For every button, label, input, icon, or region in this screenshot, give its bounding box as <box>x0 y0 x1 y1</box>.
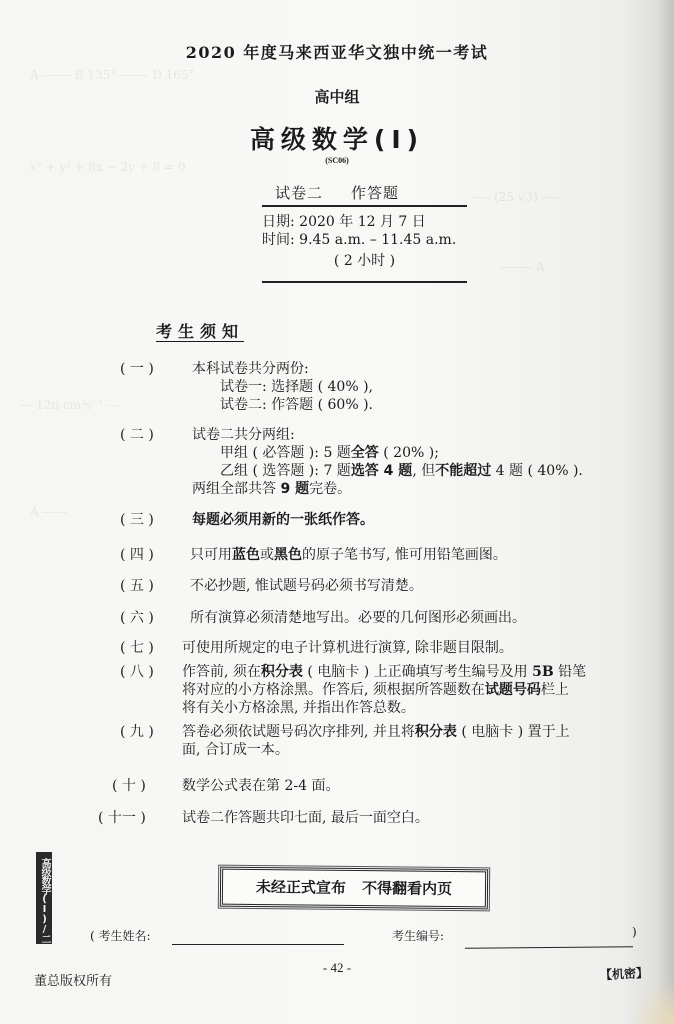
text: 乙组 ( 选答题 ): 7 题 <box>220 463 351 479</box>
text: 只可用 <box>190 547 232 563</box>
warning-part-1: 未经正式宣布 <box>256 878 346 897</box>
show-through-text: A ------ <box>30 505 67 519</box>
subject-title: 高级数学(I) <box>0 120 674 156</box>
paper-type: 作答题 <box>351 184 399 202</box>
exam-time: 时间: 9.45 a.m. – 11.45 a.m. <box>262 231 456 249</box>
text: 4 题 ( 40% ). <box>491 463 583 479</box>
item-text: 所有演算必须清楚地写出。必要的几何图形必须画出。 <box>190 609 526 627</box>
text: 作答前, 须在 <box>182 664 261 680</box>
text: 两组全部共答 <box>192 481 280 497</box>
text: 铅笔 <box>554 664 586 680</box>
text: 答卷必须依试题号码次序排列, 并且将 <box>182 724 415 740</box>
line-3: 将有关小方格涂黑, 并指出作答总数。 <box>182 699 586 717</box>
emphasis: 全答 <box>351 445 379 461</box>
text: 将对应的小方格涂黑。作答后, 须根据所答题数在 <box>182 682 485 698</box>
text: 栏上 <box>541 682 569 698</box>
item-number: ( 十一 ) <box>98 809 146 827</box>
side-tab-label: 高级数学(I)/二 <box>36 852 52 944</box>
emphasis: 积分表 <box>415 724 457 740</box>
item-text: 作答前, 须在积分表 ( 电脑卡 ) 上正确填写考生编号及用 5B 铅笔 将对应… <box>182 663 586 717</box>
divider-top <box>262 205 467 207</box>
warning-box: 未经正式宣布不得翻看内页 <box>220 867 488 910</box>
show-through-text: A ------- B 135° ------- D 165° <box>30 68 195 82</box>
line-2: 面, 合订成一本。 <box>182 741 570 759</box>
exam-title: 2020 年度马来西亚华文独中统一考试 <box>0 40 674 63</box>
emphasis: 试题号码 <box>485 682 541 698</box>
item-text: 可使用所规定的电子计算机进行演算, 除非题目限制。 <box>182 639 513 657</box>
emphasis: 不能超过 <box>435 463 491 479</box>
item-number: ( 二 ) <box>120 426 154 444</box>
total-line: 两组全部共答 9 题完卷。 <box>192 480 583 498</box>
page-corner-tint <box>634 974 674 1024</box>
item-number: ( 三 ) <box>120 511 154 529</box>
section-a-line: 甲组 ( 必答题 ): 5 题全答 ( 20% ); <box>192 444 583 462</box>
show-through-text: --- 12π cm³s⁻¹ --- <box>20 398 119 412</box>
exam-duration: ( 2 小时 ) <box>262 250 467 270</box>
text: , 但 <box>412 463 435 479</box>
item-text: 数学公式表在第 2-4 面。 <box>182 777 339 795</box>
line-2: 将对应的小方格涂黑。作答后, 须根据所答题数在试题号码栏上 <box>182 681 586 699</box>
classification-label: 【机密】 <box>600 964 649 983</box>
item-number: ( 六 ) <box>120 609 154 627</box>
item-text: 每题必须用新的一张纸作答。 <box>192 511 374 529</box>
item-text: 试卷二作答题共印七面, 最后一面空白。 <box>182 809 429 827</box>
emphasis: 选答 4 题 <box>351 463 413 479</box>
text: 甲组 ( 必答题 ): 5 题 <box>220 445 351 461</box>
section-b-line: 乙组 ( 选答题 ): 7 题选答 4 题, 但不能超过 4 题 ( 40% )… <box>192 462 583 480</box>
text: 或 <box>260 547 274 563</box>
item-text: 答卷必须依试题号码次序排列, 并且将积分表 ( 电脑卡 ) 置于上 面, 合订成… <box>182 723 570 759</box>
item-number: ( 十 ) <box>112 777 146 795</box>
item-number: ( 四 ) <box>120 546 154 564</box>
close-paren: ) <box>632 925 637 939</box>
notice-heading: 考生须知 <box>156 319 244 342</box>
item-text: 不必抄题, 惟试题号码必须书写清楚。 <box>190 577 423 595</box>
line-1: 答卷必须依试题号码次序排列, 并且将积分表 ( 电脑卡 ) 置于上 <box>182 723 570 741</box>
text: 完卷。 <box>309 481 351 497</box>
item-text: 只可用蓝色或黑色的原子笔书写, 惟可用铅笔画图。 <box>190 546 507 564</box>
paper-two-line: 试卷二: 作答题 ( 60% ). <box>192 396 373 414</box>
paper-heading: 试卷二作答题 <box>0 182 674 203</box>
time-value: 9.45 a.m. – 11.45 a.m. <box>299 232 456 248</box>
time-label: 时间: <box>262 232 295 248</box>
emphasis: 9 题 <box>280 481 309 497</box>
item-number: ( 五 ) <box>120 577 154 595</box>
item-number: ( 一 ) <box>120 360 154 378</box>
warning-part-2: 不得翻看内页 <box>362 879 452 898</box>
date-label: 日期: <box>262 214 295 230</box>
divider-bottom <box>262 281 467 283</box>
emphasis: 蓝色 <box>232 547 260 563</box>
text: ( 20% ); <box>379 445 439 461</box>
emphasis: 积分表 <box>261 664 303 680</box>
text: ( 电脑卡 ) 上正确填写考生编号及用 <box>303 664 532 680</box>
item-text: 本科试卷共分两份: <box>192 361 309 377</box>
paper-label: 试卷二 <box>275 184 323 202</box>
emphasis: 黑色 <box>274 547 302 563</box>
subject-code: (SC06) <box>0 156 674 165</box>
candidate-name-label: ( 考生姓名: <box>90 927 151 944</box>
candidate-name-field[interactable] <box>172 944 344 945</box>
item-number: ( 九 ) <box>120 723 154 741</box>
candidate-number-field[interactable] <box>465 946 633 948</box>
candidate-number-label: 考生编号: <box>392 927 444 944</box>
date-value: 2020 年 12 月 7 日 <box>299 214 426 230</box>
text: ( 电脑卡 ) 置于上 <box>457 724 570 740</box>
exam-group: 高中组 <box>0 86 674 107</box>
item-number: ( 七 ) <box>120 639 154 657</box>
text: 的原子笔书写, 惟可用铅笔画图。 <box>302 547 507 563</box>
exam-page: A ------- B 135° ------- D 165° x² + y² … <box>0 0 674 1024</box>
paper-one-line: 试卷一: 选择题 ( 40% ), <box>192 378 373 396</box>
show-through-text: -------- A <box>500 260 545 274</box>
emphasis: 5B <box>532 664 554 680</box>
exam-date: 日期: 2020 年 12 月 7 日 <box>262 213 426 231</box>
item-number: ( 八 ) <box>120 663 154 681</box>
copyright-notice: 董总版权所有 <box>34 970 112 989</box>
item-text: 试卷二共分两组: <box>192 427 295 443</box>
line-1: 作答前, 须在积分表 ( 电脑卡 ) 上正确填写考生编号及用 5B 铅笔 <box>182 663 586 681</box>
